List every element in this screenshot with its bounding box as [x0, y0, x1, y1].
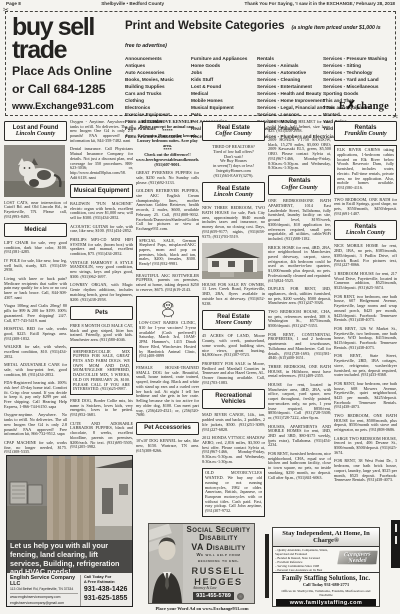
ad-text: THREE BEDROOM, ONE BATH HOUSE, in Hillsb… — [268, 364, 331, 378]
classified-ad: HOUSE for rent, located in Manchester ar… — [268, 383, 331, 421]
ad-text: Living with knee or back pain? Medicare … — [4, 276, 67, 300]
attorney-ad-text: Social Security Disability VA Disability… — [183, 524, 254, 603]
edition-tagline: Thank You For Saying, ‘I saw it in the E… — [245, 1, 395, 6]
exchange-logo-prefix: E — [339, 101, 346, 112]
ad-text: HOSPITAL BED for sale, works good, $225.… — [4, 326, 67, 340]
ad-text: Oxygen-anytime. Anywhere. No tanks to re… — [4, 412, 67, 436]
place-ads-online-text: Place Ads Online — [12, 65, 117, 78]
category-item: Musical Equipment — [191, 104, 257, 111]
classified-ad: MOTORCYCLE HELMET for sale, solid black,… — [268, 120, 331, 134]
category-item: Services - Sitting — [323, 62, 389, 69]
section-title: Recreational Vehicles — [204, 393, 263, 406]
ad-text: FEMALE HOUSE-TRAINED SMALL DOG for sale.… — [136, 365, 199, 417]
family-bullet-item: Quality Attendants, Companions, Sitters,… — [275, 548, 341, 556]
categories-block: Print and Website Categories (a single i… — [117, 16, 389, 111]
word-ad-caption: Place your Word Ad on www.Exchange931.co… — [138, 606, 266, 611]
section-subtitle: Coffee County — [204, 131, 263, 138]
exchange-logo-x-icon: ✗ — [346, 98, 356, 112]
category-item: Exercise Equipment — [125, 111, 191, 118]
category-item: Mobile Homes — [191, 97, 257, 104]
attorney-title: Attorney At Law — [185, 586, 252, 591]
family-staffing-offices: Offices in: Shelbyville, Tullahoma, Fran… — [273, 589, 379, 598]
ad-text: Viagra 100mg and Cialis 20mg! 80 pills f… — [4, 303, 67, 322]
category-item: Cars and Trucks — [125, 90, 191, 97]
classified-ad: IV POLE for sale, like new, four leg, we… — [4, 259, 67, 273]
ad-text: DUPLEX FOR RENT, 1BD, appliances, deck, … — [268, 286, 331, 305]
english-service-contact-block: English Service Company LLC 113 Old Beth… — [10, 575, 81, 606]
section-title: Musical Equipment — [72, 188, 131, 195]
section-title: Rentals — [336, 224, 395, 231]
category-item: Announcements — [125, 55, 191, 62]
classified-ad: METAL ADJUSTABLE CANE for sale, with fou… — [4, 363, 67, 377]
house-for-sale-photo — [202, 243, 265, 279]
classified-ad: CPAP MACHINE for sale, works fine, no lo… — [4, 441, 67, 453]
classified-column: RentalsFranklin CountyELK RIVER CABINS t… — [334, 120, 397, 525]
ad-text: BALDWIN "FUN MACHINE" electric organ wit… — [70, 201, 133, 220]
boxed-classified-ad: LOW-COST RABIES CLINIC, $10 for 1-year v… — [136, 296, 199, 362]
english-service-address: 113 Old Bethel Rd, Fayetteville, TN 3733… — [10, 587, 78, 594]
ad-text: Oxygen - Anytime. Anywhere. No tanks to … — [70, 120, 133, 143]
call-phone-text: or Call 684-1285 — [12, 83, 117, 96]
ad-text: ACOUSTIC GUITAR for sale, with case, lik… — [70, 224, 133, 234]
ad-text: WALKER for sale, with wheels, excellent … — [4, 344, 67, 358]
category-item: Services - Cleaning — [257, 76, 323, 83]
ad-text: ONE BEDROOM/ONE BATH APARTMENT, 1014 Eas… — [268, 198, 331, 241]
section-subtitle: Coffee County — [270, 185, 329, 192]
section-subtitle: Lincoln County — [204, 192, 263, 199]
section-header: RentalsLincoln County — [334, 220, 397, 240]
category-item: Services - Home Improvement — [257, 97, 323, 104]
ad-text: MOTORCYCLE HELMET for sale, solid black,… — [268, 120, 331, 133]
category-item: Services - Animals — [257, 62, 323, 69]
category-item: Services - Legal, Financial and Tax — [257, 104, 323, 111]
classified-ad: FOR RENT, 38 West Point Dr., 3 bedroom, … — [334, 459, 397, 483]
category-item: Services - Lessons — [257, 111, 323, 118]
classified-ad: FREE DOG, Border Collie mix, his name is… — [70, 399, 133, 418]
section-header: Real EstateMoore County — [202, 310, 265, 330]
ad-text: FOR RENT, two bedroom, one bath house, 6… — [334, 294, 397, 323]
ad-text: TWO BEDROOM, ONE BATH for rent in Estill… — [334, 197, 397, 216]
english-service-company-name: English Service Company LLC — [10, 575, 78, 587]
ad-text: FOR RENT, State Street, Fayetteville, 2B… — [334, 353, 397, 377]
classified-ad: DUPLEX FOR RENT, 1BD, appliances, deck, … — [268, 287, 331, 306]
ad-text: BEAUTIFUL AKC ROTTWEILER PUPPIES, parent… — [136, 273, 199, 292]
category-item: Jobs — [191, 69, 257, 76]
ad-text: ELK RIVER CABINS taking applications, 1-… — [337, 147, 394, 190]
section-title: Rentals — [270, 178, 329, 185]
ad-text: CPAP MACHINE for sale, works fine, no lo… — [4, 440, 67, 453]
classified-ad: LOWREY ORGAN, with Magic Genie rhythm ad… — [70, 283, 133, 302]
ad-text: PHELIPS MP3-CD MINI HIFI SYSTEM for sale… — [70, 237, 133, 256]
ad-text: LOWREY ORGAN, with Magic Genie rhythm ad… — [70, 282, 133, 301]
family-bullets: Quality Attendants, Companions, Sitters,… — [273, 547, 341, 572]
ad-text: FOR RENT, four bedroom, one bath house, … — [334, 381, 397, 410]
promo-block: buy sell trade Place Ads Online or Call … — [12, 16, 117, 111]
classified-ad: BALDWIN "FUN MACHINE" electric organ wit… — [70, 202, 133, 221]
boxed-classified-ad: OLD MOTORCYCLES WANTED. We buy any old r… — [202, 468, 265, 517]
category-item: Services - Miscellaneous — [323, 83, 389, 90]
ad-text: FOR RENT, CONTINENTAL PROPERTIES, 1 and … — [268, 332, 331, 361]
section-header: Musical Equipment — [70, 184, 133, 198]
dog-cartoon-graphic — [157, 300, 179, 318]
ad-text: METAL ADJUSTABLE CANE for sale, with fou… — [4, 362, 67, 376]
promo-line-trade: trade — [12, 39, 117, 62]
classified-column: Real EstateCoffee CountyTIRED OF REALTOR… — [202, 120, 265, 521]
ad-text: BEECHGROVE KENNELS. Better concept for a… — [136, 120, 199, 167]
classified-ad: ONE BEDROOM/ONE BATH APARTMENT, 1014 Eas… — [268, 199, 331, 242]
category-item: Services - Yard and Land — [323, 76, 389, 83]
classified-column: BEECHGROVE KENNELS. Better concept for a… — [136, 120, 199, 521]
exchange-logo: E✗change — [339, 98, 389, 113]
classified-ad: GREAT PYRENEES PUPPIES for sale, $250 ea… — [136, 171, 199, 185]
category-item: Pets — [191, 111, 257, 118]
classified-ad: BRICK HOME for rent, 4BD, 2BA, nice neig… — [268, 246, 331, 284]
ad-text: TWO BEDROOM HOUSE, CHA, no pets, referen… — [268, 309, 331, 328]
classified-ad: HOUSE FOR SALE BY OWNER, 11 Lees Creek R… — [202, 283, 265, 307]
english-service-headline: Let us help you with all your fencing, l… — [7, 540, 132, 573]
classified-ad: FOR RENT, furnished bedroom, nice neighb… — [268, 452, 331, 480]
section-subtitle: Lincoln County — [6, 131, 65, 138]
ad-text: GOLDEN RETRIEVER PUPPIES, sire AKC Engli… — [136, 188, 199, 231]
classified-ad: FOR RENT, 326 W. Market St., Fayettevill… — [334, 327, 397, 351]
ad-text: NICE MOBILE HOME for rent, 2BD, 1BA, no … — [334, 243, 397, 267]
classified-ad: HOSPITAL BED for sale, works good, $225.… — [4, 327, 67, 341]
family-staffing-headline: Stay Independent, At Home, In Charge® — [273, 528, 379, 547]
boxed-classified-ad: ELK RIVER CABINS taking applications, 1-… — [334, 145, 397, 194]
section-header: Lost and FoundLincoln County — [4, 121, 67, 141]
classified-ad: 2009 HONDA VT750 SHADOW, black, 15,270 m… — [268, 138, 331, 171]
section-title: Pet Accessories — [138, 425, 197, 432]
page-header: Page 8 Shelbyville • Bedford County Than… — [6, 1, 395, 6]
category-item: Services - Automotive — [257, 69, 323, 76]
classified-ad: 2012 HONDA VT750CC SHADOW AERO, red, 2,8… — [202, 436, 265, 464]
ad-text: FOR RENT, furnished bedroom, nice neighb… — [268, 451, 331, 480]
category-item: Clothing — [125, 97, 191, 104]
classified-ad: NEW THREE BEDROOM, TWO BATH HOUSE for sa… — [202, 206, 265, 239]
category-item: Medical — [191, 90, 257, 97]
classified-ad: TWO BEDROOM, ONE BATH HOUSE for rent, $5… — [334, 414, 397, 433]
classified-ad: TWO BEDROOM, ONE BATH for rent in Estill… — [334, 198, 397, 217]
category-item: Services - Technology — [323, 69, 389, 76]
ad-text: TWO BEDROOM, ONE BATH HOUSE for rent, $5… — [334, 413, 397, 432]
family-bullet-item: Personal Care Assistance At Its Best — [275, 568, 341, 572]
attorney-last-name: HEDGES — [185, 578, 252, 587]
ad-text: FOR RENT, 326 W. Market St., Fayettevill… — [334, 326, 397, 350]
ad-text: FREE 8 MONTH OLD MALE CAT, black and gra… — [70, 323, 133, 342]
ad-text: OLD MOTORCYCLES WANTED. We buy any old r… — [205, 470, 262, 513]
family-staffing-ad: Stay Independent, At Home, In Charge® Qu… — [272, 527, 380, 607]
section-header: Medical — [4, 223, 67, 237]
newspaper-page: { "top_strip": { "page": "Page 8", "loca… — [0, 0, 400, 614]
ad-text: LOW-COST RABIES CLINIC, $10 for 1-year v… — [139, 320, 196, 358]
classified-ad: FOR RENT, CONTINENTAL PROPERTIES, 1 and … — [268, 333, 331, 361]
category-item: Kids Stuff — [191, 76, 257, 83]
family-staffing-middle: Quality Attendants, Companions, Sitters,… — [273, 547, 379, 572]
section-title: Lost and Found — [6, 125, 65, 132]
classified-ad: Living with knee or back pain? Medicare … — [4, 277, 67, 301]
attorney-photo — [149, 524, 183, 603]
house-photo-graphic — [202, 243, 263, 279]
ad-text: LOST CATS, near intersection of Cutoff R… — [4, 200, 67, 219]
category-item: Rentals — [257, 55, 323, 62]
classified-ad: MAD RIVER CANOE, 14ft., tan, padded seat… — [202, 413, 265, 432]
english-service-phone-2: 931-625-1855 — [84, 594, 129, 603]
ad-text: BRICK HOME for rent, 4BD, 2BA, nice neig… — [268, 245, 331, 283]
dog-cartoon — [139, 299, 196, 321]
classified-ad: PHELIPS MP3-CD MINI HIFI SYSTEM for sale… — [70, 238, 133, 257]
classified-ad: CUTE AND ADORABLE LABRADOR PUPPIES, blac… — [70, 422, 133, 450]
attorney-photo-graphic — [149, 524, 183, 603]
ad-text: HOUSE FOR SALE BY OWNER, 11 Lees Creek R… — [202, 282, 265, 306]
classified-ad: LARGE TWO BEDROOM HOUSE, fenced in yard,… — [334, 437, 397, 456]
classified-ad: GOLDEN RETRIEVER PUPPIES, sire AKC Engli… — [136, 189, 199, 232]
category-item: Electronics — [125, 104, 191, 111]
law-seal-icon — [237, 593, 244, 600]
section-title: Real Estate — [204, 125, 263, 132]
category-item: Home Goods — [191, 62, 257, 69]
classified-ad: LIFT CHAIR for sale, very good condition… — [4, 241, 67, 255]
classified-ad: FOR RENT, two bedroom, one bath house, 6… — [334, 295, 397, 323]
classified-ad: FOR RENT, four bedroom, one bath house, … — [334, 382, 397, 410]
partial-ad-right-edge — [391, 520, 400, 568]
ad-text: FOR RENT, 38 West Point Dr., 3 bedroom, … — [334, 458, 397, 482]
category-item: Sporting Goods — [323, 90, 389, 97]
english-service-photo — [7, 456, 132, 540]
classified-ad: VINTAGE HARMONY A STYLE MANDOLIN, very g… — [70, 261, 133, 280]
ad-text: CUTE AND ADORABLE LABRADOR PUPPIES, blac… — [70, 421, 133, 450]
boxed-classified-ad: SPECIAL SALE, German Shepherd Pups, misp… — [136, 236, 199, 270]
ad-text: SPECIAL SALE, German Shepherd Pups, misp… — [139, 238, 196, 267]
classified-ad: BEECHGROVE KENNELS. Better concept for a… — [136, 120, 199, 167]
ad-text: 10'x10' DOG KENNEL for sale, like new, $… — [136, 438, 199, 452]
classified-ad: HOUSES, APARTMENTS AND MOBILE HOMES for … — [268, 425, 331, 449]
english-service-email-link: englishservicecompany@gmail.com — [10, 601, 78, 606]
classified-ad: LOST CATS, near intersection of Cutoff R… — [4, 201, 67, 220]
classified-ad: NICE MOBILE HOME for rent, 2BD, 1BA, no … — [334, 244, 397, 268]
ad-text: HOUSES, APARTMENTS AND MOBILE HOMES for … — [268, 424, 331, 448]
section-header: Recreational Vehicles — [202, 389, 265, 409]
exchange-website-link: www.Exchange931.com — [12, 101, 117, 111]
classified-ad: FOR RENT, State Street, Fayetteville, 2B… — [334, 354, 397, 378]
ribbon-line-2: Needed — [337, 558, 378, 566]
ad-text: GREAT PYRENEES PUPPIES for sale, $250 ea… — [136, 170, 199, 184]
attorney-footer: 931-455-5789 — [185, 592, 252, 600]
promo-categories-box: buy sell trade Place Ads Online or Call … — [5, 11, 396, 116]
english-service-call-label: Call Today For A Free Estimate: — [84, 575, 129, 585]
ad-text: 45 ACRES OF LAND, Moore County, with cre… — [202, 333, 265, 357]
family-staffing-website-link: www.familystaffing.com — [276, 599, 376, 607]
english-service-info: English Service Company LLC 113 Old Beth… — [7, 573, 132, 607]
classified-ad: PROPERTY FOR SALE in Moore, Bedford and … — [202, 362, 265, 386]
classified-column: Oxygen - Anytime. Anywhere. No tanks to … — [70, 120, 133, 453]
section-header: Pets — [70, 306, 133, 320]
section-header: RentalsCoffee County — [268, 175, 331, 195]
category-item: Antiques — [125, 62, 191, 69]
classified-column: Lost and FoundLincoln County LOST CATS, … — [4, 120, 67, 453]
section-title: Rentals — [336, 125, 395, 132]
russell-hedges-ad: Social Security Disability VA Disability… — [148, 523, 255, 604]
section-subtitle: Moore County — [204, 320, 263, 327]
ad-text: LIFT CHAIR for sale, very good condition… — [4, 240, 67, 254]
classified-ad: BEAUTIFUL AKC ROTTWEILER PUPPIES, parent… — [136, 274, 199, 293]
ad-text: FDA-Registered hearing aids. 100% risk f… — [4, 380, 67, 409]
section-title: Pets — [72, 310, 131, 317]
category-item: Books, Movies, Music — [125, 76, 191, 83]
ad-text: VINTAGE HARMONY A STYLE MANDOLIN, very g… — [70, 260, 133, 279]
ad-text: IV POLE for sale, like new, four leg, we… — [4, 258, 67, 272]
ad-text: SHEPHERD/COLLIE MIX PUPPIES FOR SALE, GR… — [73, 349, 130, 392]
ad-text: NEW THREE BEDROOM, TWO BATH HOUSE for sa… — [202, 205, 265, 238]
attorney-phone: 931-455-5789 — [193, 592, 234, 600]
classified-ad: Oxygen-anytime. Anywhere. No tanks to re… — [4, 413, 67, 437]
english-service-ad: Let us help you with all your fencing, l… — [6, 455, 133, 607]
classified-ad: FDA-Registered hearing aids. 100% risk f… — [4, 381, 67, 409]
classified-column: MOTORCYCLE HELMET for sale, solid black,… — [268, 120, 331, 521]
ad-text: Dental insurance. Call Physicians Mutual… — [70, 146, 133, 179]
section-header: Real EstateCoffee County — [202, 121, 265, 141]
classified-ad: Viagra 100mg and Cialis 20mg! 80 pills f… — [4, 304, 67, 323]
ad-text: LARGE TWO BEDROOM HOUSE, fenced in yard,… — [334, 436, 397, 455]
english-service-phone-1: 931-438-1426 — [84, 585, 129, 594]
category-item: Building Supplies — [125, 83, 191, 90]
section-header: RentalsFranklin County — [334, 121, 397, 141]
category-item: Services - Pressure Washing — [323, 55, 389, 62]
section-title: Medical — [6, 227, 65, 234]
classified-ad: TWO BEDROOM HOUSE, CHA, no pets, referen… — [268, 310, 331, 329]
classified-ad: 45 ACRES OF LAND, Moore County, with cre… — [202, 334, 265, 358]
cat-photo-graphic — [4, 145, 65, 197]
ad-text: FREE DOG, Border Collie mix, his name is… — [70, 398, 133, 417]
ad-text: TIRED OF REALTORS? Tired of low ball off… — [212, 144, 255, 177]
section-subtitle: Franklin County — [336, 131, 395, 138]
category-item: Auto Accessories — [125, 69, 191, 76]
section-header: Pet Accessories — [136, 422, 199, 436]
vertical-rule-bar — [265, 534, 269, 598]
categories-title: Print and Website Categories — [125, 20, 285, 32]
ad-text: 2009 HONDA VT750 SHADOW, black, 15,270 m… — [268, 137, 331, 170]
category-item: Furniture and Appliances — [191, 55, 257, 62]
ad-text: 3 BEDROOM HOUSE for rent, 217 Wood Drive… — [334, 271, 397, 290]
ad-text: HOUSE for rent, located in Manchester ar… — [268, 382, 331, 420]
category-item: Services - Health and Beauty — [257, 90, 323, 97]
classified-ad: FREE 8 MONTH OLD MALE CAT, black and gra… — [70, 324, 133, 343]
hvac-fence-building-photo — [7, 456, 133, 540]
lost-cat-photo — [4, 145, 67, 197]
english-service-call-block: Call Today For A Free Estimate: 931-438-… — [81, 575, 129, 606]
edition-location: Shelbyville • Bedford County — [101, 1, 164, 6]
attorney-first-name: RUSSELL — [185, 567, 252, 576]
classified-ad: TIRED OF REALTORS? Tired of low ball off… — [202, 145, 265, 178]
category-item: Services - Entertainment — [257, 83, 323, 90]
classified-ad: FEMALE HOUSE-TRAINED SMALL DOG for sale.… — [136, 366, 199, 418]
classified-ad: Oxygen - Anytime. Anywhere. No tanks to … — [70, 120, 133, 144]
boxed-classified-ad: SHEPHERD/COLLIE MIX PUPPIES FOR SALE, GR… — [70, 347, 133, 396]
classified-ad: THREE BEDROOM, ONE BATH HOUSE, in Hillsb… — [268, 365, 331, 379]
classified-ad: WALKER for sale, with wheels, excellent … — [4, 345, 67, 359]
classified-ad: 3 BEDROOM HOUSE for rent, 217 Wood Drive… — [334, 272, 397, 291]
ad-text: MAD RIVER CANOE, 14ft., tan, padded seat… — [202, 412, 265, 431]
attorney-tagline: We will help from beginning to end. — [185, 552, 252, 565]
family-staffing-company: Family Staffing Solutions, Inc. — [273, 572, 379, 582]
caregivers-needed-ribbon: Caregivers Needed — [337, 549, 378, 565]
exchange-logo-suffix: change — [356, 101, 389, 112]
ad-text: 2012 HONDA VT750CC SHADOW AERO, red, 2,8… — [202, 435, 265, 464]
section-title: Real Estate — [204, 186, 263, 193]
family-staffing-phone: Call Today 931-680-2771 — [273, 582, 379, 589]
categories-title-row: Print and Website Categories (a single i… — [125, 16, 389, 52]
classified-ad: ACOUSTIC GUITAR for sale, with case, lik… — [70, 225, 133, 234]
ad-text: PROPERTY FOR SALE in Moore, Bedford and … — [202, 361, 265, 385]
section-title: Real Estate — [204, 314, 263, 321]
va-disability-line: VA Disability — [185, 543, 252, 552]
category-item: Lost & Found — [191, 83, 257, 90]
classified-ad: 10'x10' DOG KENNEL for sale, like new, $… — [136, 439, 199, 453]
section-subtitle: Lincoln County — [336, 230, 395, 237]
section-header: Real EstateLincoln County — [202, 182, 265, 202]
classified-ad: Dental insurance. Call Physicians Mutual… — [70, 147, 133, 180]
